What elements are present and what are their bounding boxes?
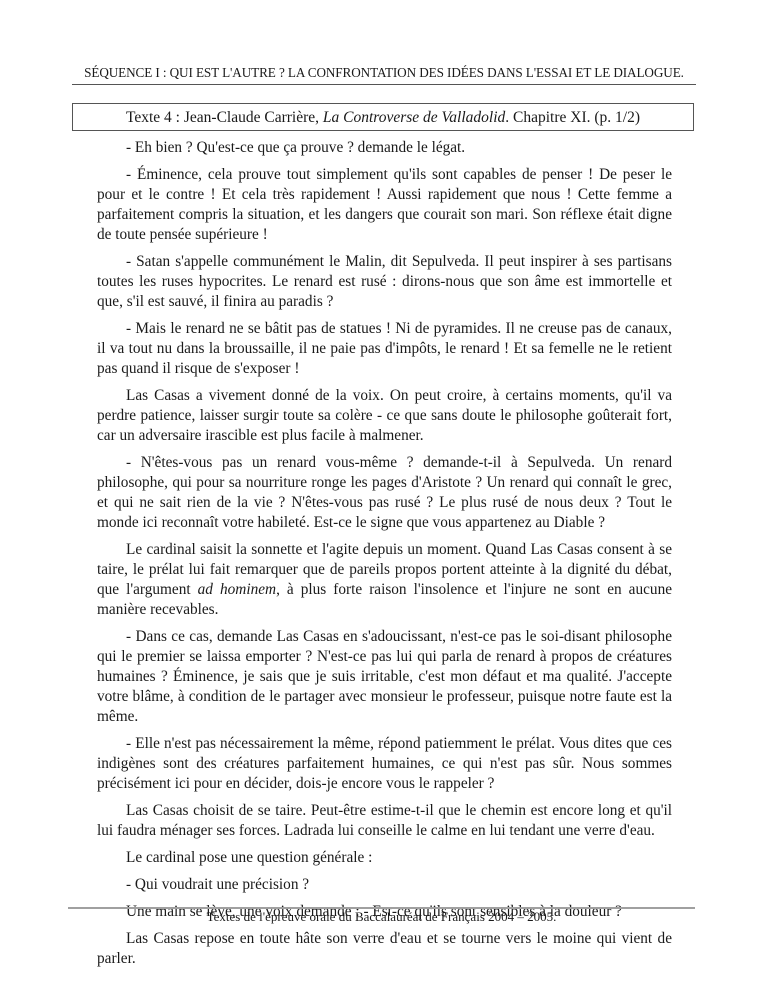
title-suffix: . Chapitre XI. (p. 1/2) <box>505 109 640 126</box>
paragraph: - Qui voudrait une précision ? <box>97 875 672 895</box>
paragraph: Las Casas choisit de se taire. Peut-être… <box>97 801 672 841</box>
paragraph: Le cardinal saisit la sonnette et l'agit… <box>97 540 672 620</box>
latin-term: ad hominem <box>198 581 276 598</box>
document-body: - Eh bien ? Qu'est-ce que ça prouve ? de… <box>97 138 672 976</box>
paragraph: - Elle n'est pas nécessairement la même,… <box>97 734 672 794</box>
text-title-box: Texte 4 : Jean-Claude Carrière, La Contr… <box>72 103 694 131</box>
paragraph: - Eh bien ? Qu'est-ce que ça prouve ? de… <box>97 138 672 158</box>
paragraph: Las Casas repose en toute hâte son verre… <box>97 929 672 969</box>
sequence-header: SÉQUENCE I : QUI EST L'AUTRE ? LA CONFRO… <box>72 64 696 85</box>
paragraph: - Satan s'appelle communément le Malin, … <box>97 252 672 312</box>
page-footer: Textes de l'épreuve orale du Baccalauréa… <box>68 909 695 925</box>
paragraph: - Éminence, cela prouve tout simplement … <box>97 165 672 245</box>
paragraph: Le cardinal pose une question générale : <box>97 848 672 868</box>
paragraph: - Mais le renard ne se bâtit pas de stat… <box>97 319 672 379</box>
paragraph: Las Casas a vivement donné de la voix. O… <box>97 386 672 446</box>
paragraph: - Dans ce cas, demande Las Casas en s'ad… <box>97 627 672 727</box>
work-title: La Controverse de Valladolid <box>323 109 505 126</box>
title-prefix: Texte 4 : Jean-Claude Carrière, <box>126 109 323 126</box>
paragraph: - N'êtes-vous pas un renard vous-même ? … <box>97 453 672 533</box>
